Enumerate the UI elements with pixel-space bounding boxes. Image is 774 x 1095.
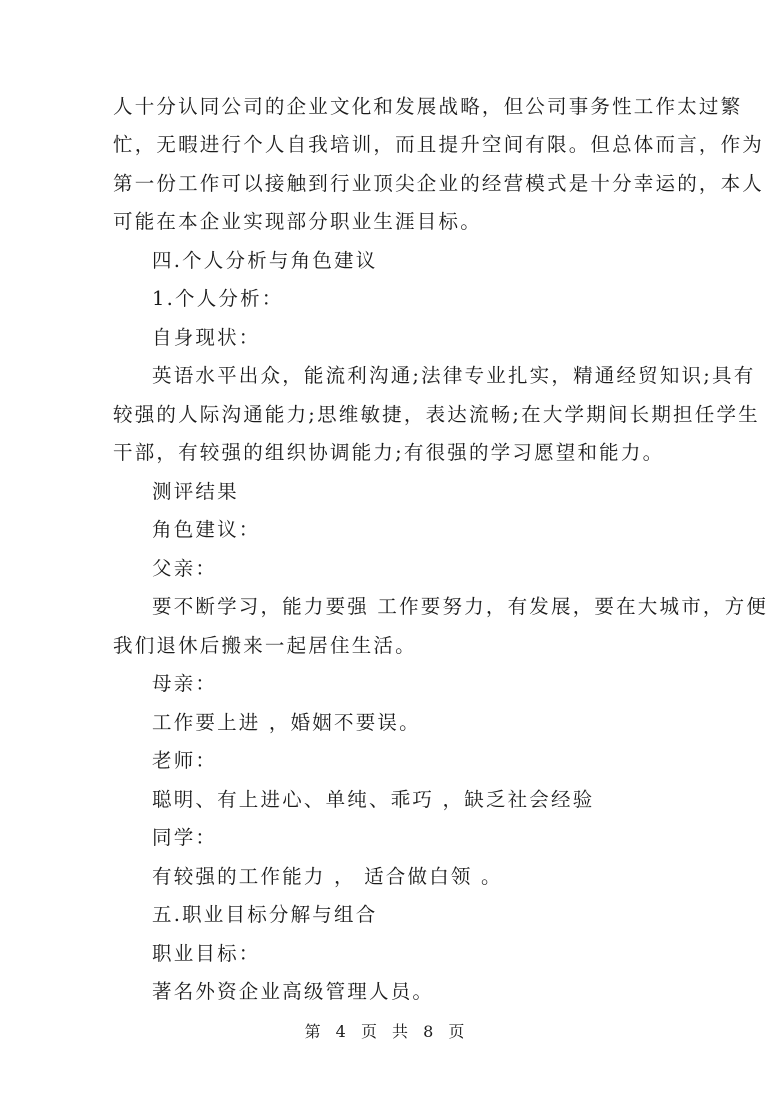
body-text-line: 忙，无暇进行个人自我培训，而且提升空间有限。但总体而言，作为	[113, 133, 764, 157]
body-text-line: 干部，有较强的组织协调能力;有很强的学习愿望和能力。	[113, 441, 664, 465]
body-text-line: 我们退休后搬来一起居住生活。	[113, 634, 417, 658]
label-text: 老师：	[152, 749, 217, 773]
body-text-line: 可能在本企业实现部分职业生涯目标。	[113, 210, 482, 234]
section-heading: 四.个人分析与角色建议	[152, 249, 377, 273]
body-text-line: 著名外资企业高级管理人员。	[152, 980, 434, 1004]
body-text-line: 英语水平出众，能流利沟通;法律专业扎实，精通经贸知识;具有	[152, 364, 755, 388]
label-text: 角色建议：	[152, 518, 261, 542]
label-text: 测评结果	[152, 480, 239, 504]
subsection-heading: 1.个人分析：	[152, 287, 284, 311]
label-text: 母亲：	[152, 672, 217, 696]
body-text-line: 有较强的工作能力 ， 适合做白领 。	[152, 865, 503, 889]
body-text-line: 人十分认同公司的企业文化和发展战略，但公司事务性工作太过繁	[113, 95, 742, 119]
label-text: 父亲：	[152, 557, 217, 581]
label-text: 职业目标：	[152, 942, 261, 966]
label-text: 自身现状：	[152, 326, 261, 350]
page-number-footer: 第 4 页 共 8 页	[0, 1019, 774, 1042]
body-text-line: 第一份工作可以接触到行业顶尖企业的经营模式是十分幸运的，本人	[113, 172, 764, 196]
body-text-line: 工作要上进 ，婚姻不要误。	[152, 711, 421, 735]
label-text: 同学：	[152, 826, 217, 850]
body-text-line: 要不断学习，能力要强 工作要努力，有发展，要在大城市，方便	[152, 595, 768, 619]
body-text-line: 较强的人际沟通能力;思维敏捷，表达流畅;在大学期间长期担任学生	[113, 403, 760, 427]
section-heading: 五.职业目标分解与组合	[152, 903, 377, 927]
document-page: 人十分认同公司的企业文化和发展战略，但公司事务性工作太过繁 忙，无暇进行个人自我…	[0, 0, 774, 1095]
body-text-line: 聪明、有上进心、单纯、乖巧 ，缺乏社会经验	[152, 788, 594, 812]
